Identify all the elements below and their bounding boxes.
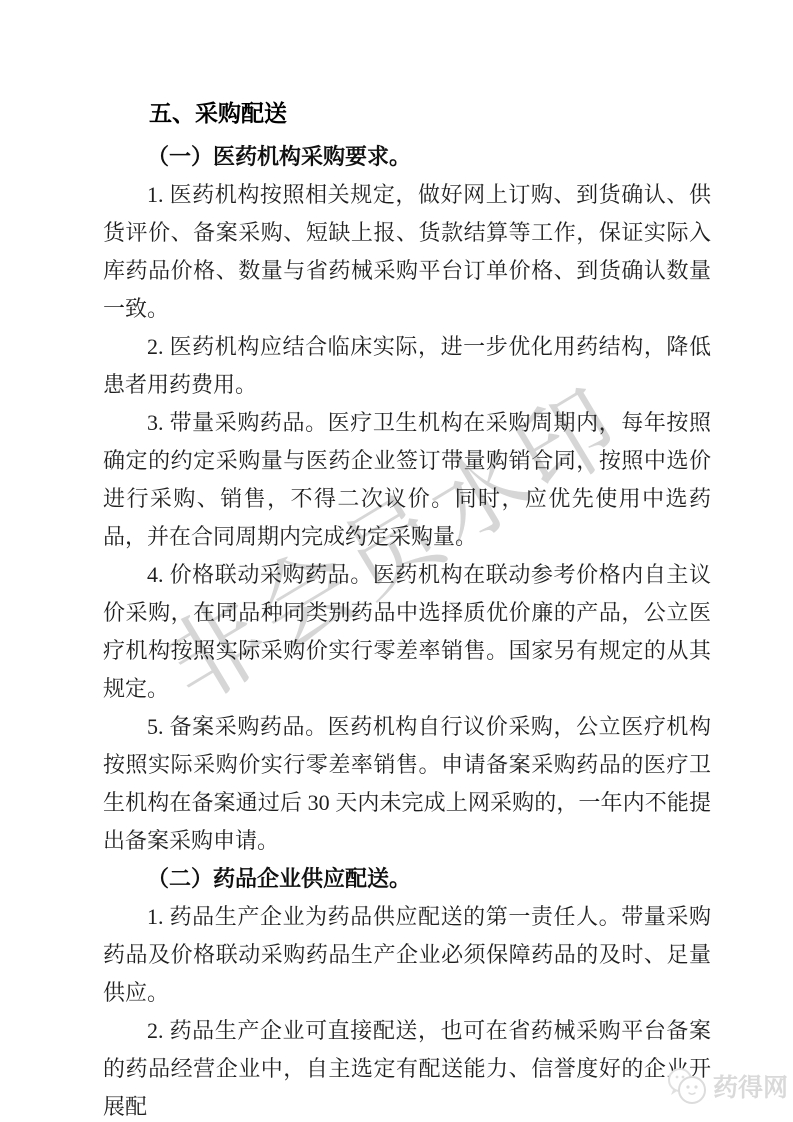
paragraph-manufacturer-responsibility: 1. 药品生产企业为药品供应配送的第一责任人。带量采购药品及价格联动采购药品生产… [103,898,711,1012]
paragraph-clinical-practice: 2. 医药机构应结合临床实际，进一步优化用药结构，降低患者用药费用。 [103,328,711,404]
section-heading: 五、采购配送 [103,94,711,132]
paragraph-online-ordering: 1. 医药机构按照相关规定，做好网上订购、到货确认、供货评价、备案采购、短缺上报… [103,176,711,328]
paragraph-volume-based-procurement: 3. 带量采购药品。医疗卫生机构在采购周期内，每年按照确定的约定采购量与医药企业… [103,404,711,556]
subheading-procurement-requirements: （一）医药机构采购要求。 [103,138,711,176]
chat-mascot-icon [665,1066,709,1106]
footer-logo: 药得网 [665,1066,788,1106]
document-content: 五、采购配送 （一）医药机构采购要求。 1. 医药机构按照相关规定，做好网上订购… [103,94,711,1122]
paragraph-distribution-selection: 2. 药品生产企业可直接配送，也可在省药械采购平台备案的药品经营企业中，自主选定… [103,1012,711,1122]
document-page: 非会员水印 五、采购配送 （一）医药机构采购要求。 1. 医药机构按照相关规定，… [0,0,793,1122]
footer-logo-text: 药得网 [713,1068,788,1104]
paragraph-record-filing-procurement: 5. 备案采购药品。医药机构自行议价采购，公立医疗机构按照实际采购价实行零差率销… [103,708,711,860]
paragraph-price-linked-procurement: 4. 价格联动采购药品。医药机构在联动参考价格内自主议价采购，在同品种同类别药品… [103,556,711,708]
subheading-supply-distribution: （二）药品企业供应配送。 [103,860,711,898]
